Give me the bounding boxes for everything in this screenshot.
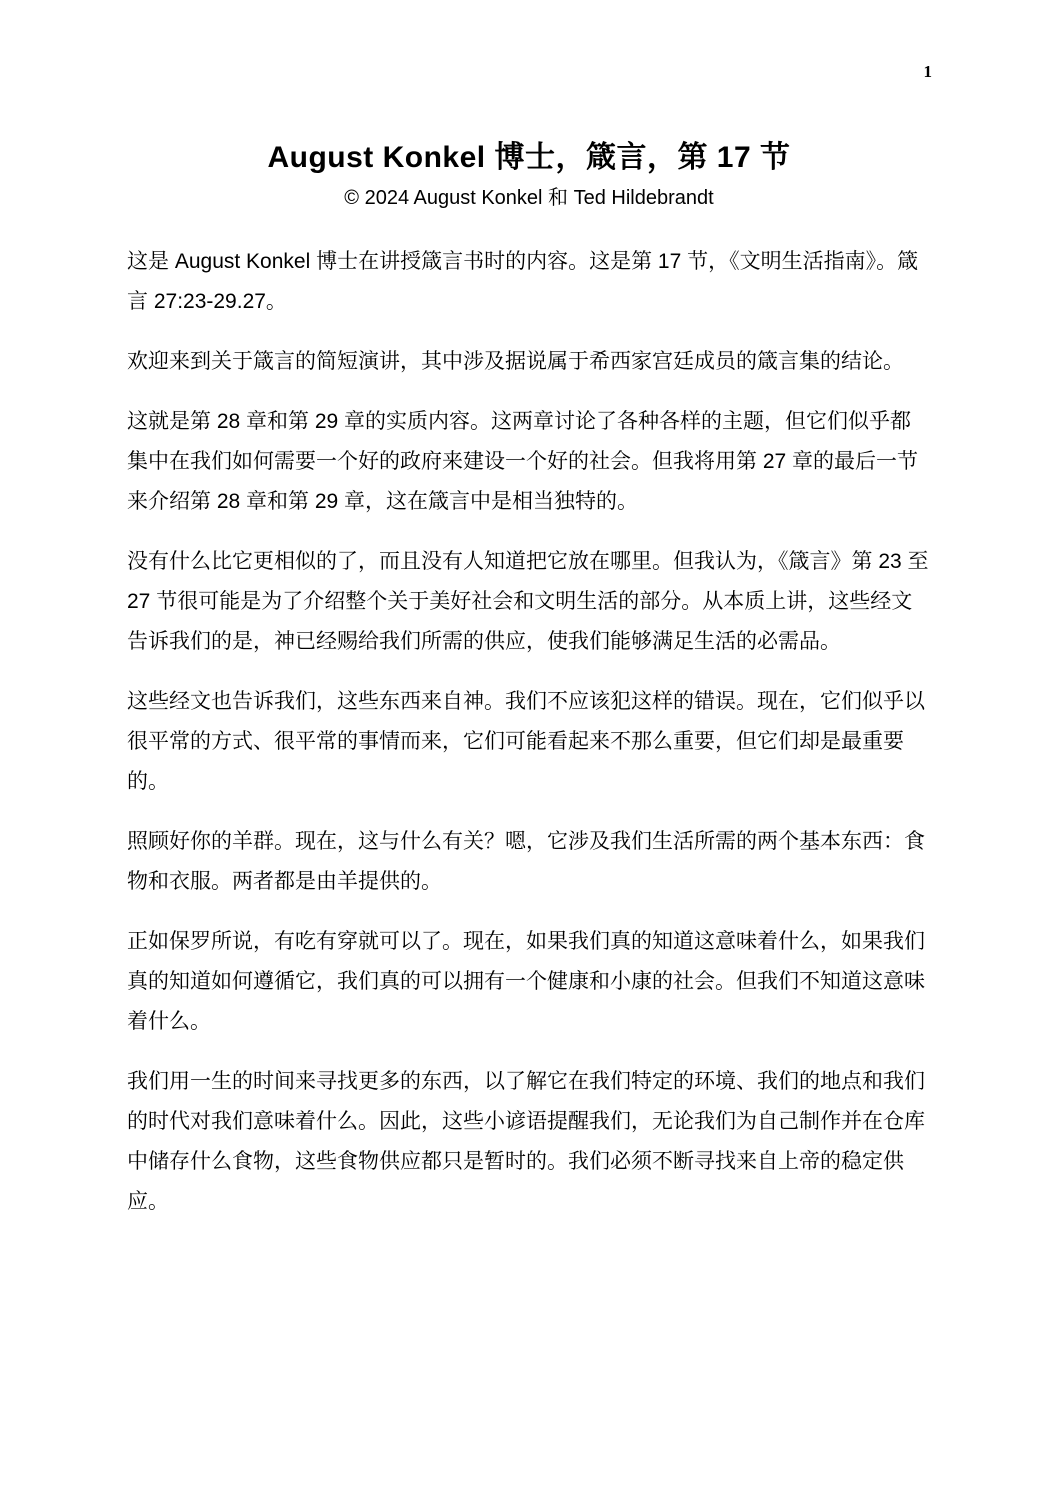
paragraph-placement: 没有什么比它更相似的了，而且没有人知道把它放在哪里。但我认为，《箴言》第 23 … (127, 542, 932, 662)
paragraph-welcome: 欢迎来到关于箴言的简短演讲，其中涉及据说属于希西家宫廷成员的箴言集的结论。 (127, 342, 932, 382)
paragraph-chapters-28-29: 这就是第 28 章和第 29 章的实质内容。这两章讨论了各种各样的主题，但它们似… (127, 402, 932, 522)
document-body: 这是 August Konkel 博士在讲授箴言书时的内容。这是第 17 节，《… (127, 242, 932, 1222)
paragraph-from-god: 这些经文也告诉我们，这些东西来自神。我们不应该犯这样的错误。现在，它们似乎以很平… (127, 682, 932, 802)
paragraph-lifetime-search: 我们用一生的时间来寻找更多的东西，以了解它在我们特定的环境、我们的地点和我们的时… (127, 1062, 932, 1222)
paragraph-intro: 这是 August Konkel 博士在讲授箴言书时的内容。这是第 17 节，《… (127, 242, 932, 322)
document-page: 1 August Konkel 博士，箴言，第 17 节 © 2024 Augu… (0, 0, 1058, 1497)
document-title: August Konkel 博士，箴言，第 17 节 (0, 0, 1058, 177)
paragraph-paul: 正如保罗所说，有吃有穿就可以了。现在，如果我们真的知道这意味着什么，如果我们真的… (127, 922, 932, 1042)
page-number: 1 (924, 62, 933, 82)
copyright-line: © 2024 August Konkel 和 Ted Hildebrandt (0, 177, 1058, 211)
paragraph-flocks: 照顾好你的羊群。现在，这与什么有关？嗯，它涉及我们生活所需的两个基本东西：食物和… (127, 822, 932, 902)
